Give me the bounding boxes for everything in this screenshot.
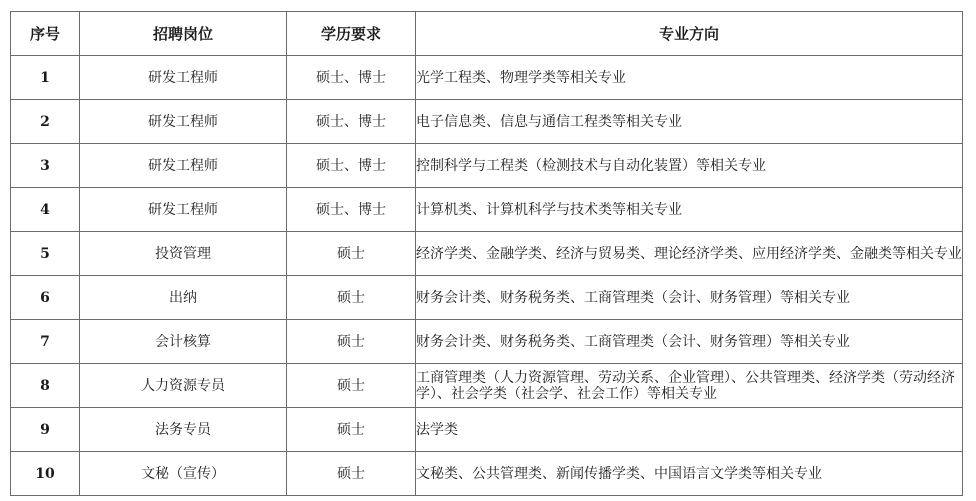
cell-education: 硕士、博士 bbox=[287, 188, 416, 232]
cell-position: 出纳 bbox=[80, 276, 287, 320]
header-position: 招聘岗位 bbox=[80, 12, 287, 56]
table-row: 7 会计核算 硕士 财务会计类、财务税务类、工商管理类（会计、财务管理）等相关专… bbox=[11, 320, 963, 364]
cell-position: 研发工程师 bbox=[80, 188, 287, 232]
table-header-row: 序号 招聘岗位 学历要求 专业方向 bbox=[11, 12, 963, 56]
cell-major: 光学工程类、物理学类等相关专业 bbox=[416, 56, 963, 100]
table-row: 8 人力资源专员 硕士 工商管理类（人力资源管理、劳动关系、企业管理）、公共管理… bbox=[11, 364, 963, 408]
cell-number: 7 bbox=[11, 320, 80, 364]
cell-position: 研发工程师 bbox=[80, 144, 287, 188]
cell-major: 经济学类、金融学类、经济与贸易类、理论经济学类、应用经济学类、金融类等相关专业 bbox=[416, 232, 963, 276]
cell-number: 2 bbox=[11, 100, 80, 144]
cell-education: 硕士、博士 bbox=[287, 144, 416, 188]
table-row: 10 文秘（宣传） 硕士 文秘类、公共管理类、新闻传播学类、中国语言文学类等相关… bbox=[11, 452, 963, 496]
cell-education: 硕士、博士 bbox=[287, 56, 416, 100]
cell-position: 会计核算 bbox=[80, 320, 287, 364]
table-row: 1 研发工程师 硕士、博士 光学工程类、物理学类等相关专业 bbox=[11, 56, 963, 100]
cell-major: 财务会计类、财务税务类、工商管理类（会计、财务管理）等相关专业 bbox=[416, 276, 963, 320]
cell-major: 计算机类、计算机科学与技术类等相关专业 bbox=[416, 188, 963, 232]
cell-position: 法务专员 bbox=[80, 408, 287, 452]
cell-major: 财务会计类、财务税务类、工商管理类（会计、财务管理）等相关专业 bbox=[416, 320, 963, 364]
cell-major: 法学类 bbox=[416, 408, 963, 452]
cell-major: 文秘类、公共管理类、新闻传播学类、中国语言文学类等相关专业 bbox=[416, 452, 963, 496]
cell-position: 研发工程师 bbox=[80, 56, 287, 100]
cell-number: 8 bbox=[11, 364, 80, 408]
table-row: 4 研发工程师 硕士、博士 计算机类、计算机科学与技术类等相关专业 bbox=[11, 188, 963, 232]
cell-number: 3 bbox=[11, 144, 80, 188]
header-education: 学历要求 bbox=[287, 12, 416, 56]
cell-position: 人力资源专员 bbox=[80, 364, 287, 408]
table-row: 9 法务专员 硕士 法学类 bbox=[11, 408, 963, 452]
cell-number: 1 bbox=[11, 56, 80, 100]
cell-major: 工商管理类（人力资源管理、劳动关系、企业管理）、公共管理类、经济学类（劳动经济学… bbox=[416, 364, 963, 408]
cell-education: 硕士 bbox=[287, 364, 416, 408]
cell-position: 研发工程师 bbox=[80, 100, 287, 144]
cell-major: 控制科学与工程类（检测技术与自动化装置）等相关专业 bbox=[416, 144, 963, 188]
cell-number: 9 bbox=[11, 408, 80, 452]
cell-number: 5 bbox=[11, 232, 80, 276]
cell-education: 硕士、博士 bbox=[287, 100, 416, 144]
cell-education: 硕士 bbox=[287, 452, 416, 496]
cell-education: 硕士 bbox=[287, 408, 416, 452]
cell-education: 硕士 bbox=[287, 232, 416, 276]
table-row: 6 出纳 硕士 财务会计类、财务税务类、工商管理类（会计、财务管理）等相关专业 bbox=[11, 276, 963, 320]
table-row: 3 研发工程师 硕士、博士 控制科学与工程类（检测技术与自动化装置）等相关专业 bbox=[11, 144, 963, 188]
table-row: 5 投资管理 硕士 经济学类、金融学类、经济与贸易类、理论经济学类、应用经济学类… bbox=[11, 232, 963, 276]
cell-major: 电子信息类、信息与通信工程类等相关专业 bbox=[416, 100, 963, 144]
cell-education: 硕士 bbox=[287, 276, 416, 320]
header-number: 序号 bbox=[11, 12, 80, 56]
header-major: 专业方向 bbox=[416, 12, 963, 56]
table-row: 2 研发工程师 硕士、博士 电子信息类、信息与通信工程类等相关专业 bbox=[11, 100, 963, 144]
cell-number: 10 bbox=[11, 452, 80, 496]
cell-position: 文秘（宣传） bbox=[80, 452, 287, 496]
cell-position: 投资管理 bbox=[80, 232, 287, 276]
recruitment-table: 序号 招聘岗位 学历要求 专业方向 1 研发工程师 硕士、博士 光学工程类、物理… bbox=[10, 11, 963, 496]
cell-number: 4 bbox=[11, 188, 80, 232]
cell-number: 6 bbox=[11, 276, 80, 320]
cell-education: 硕士 bbox=[287, 320, 416, 364]
